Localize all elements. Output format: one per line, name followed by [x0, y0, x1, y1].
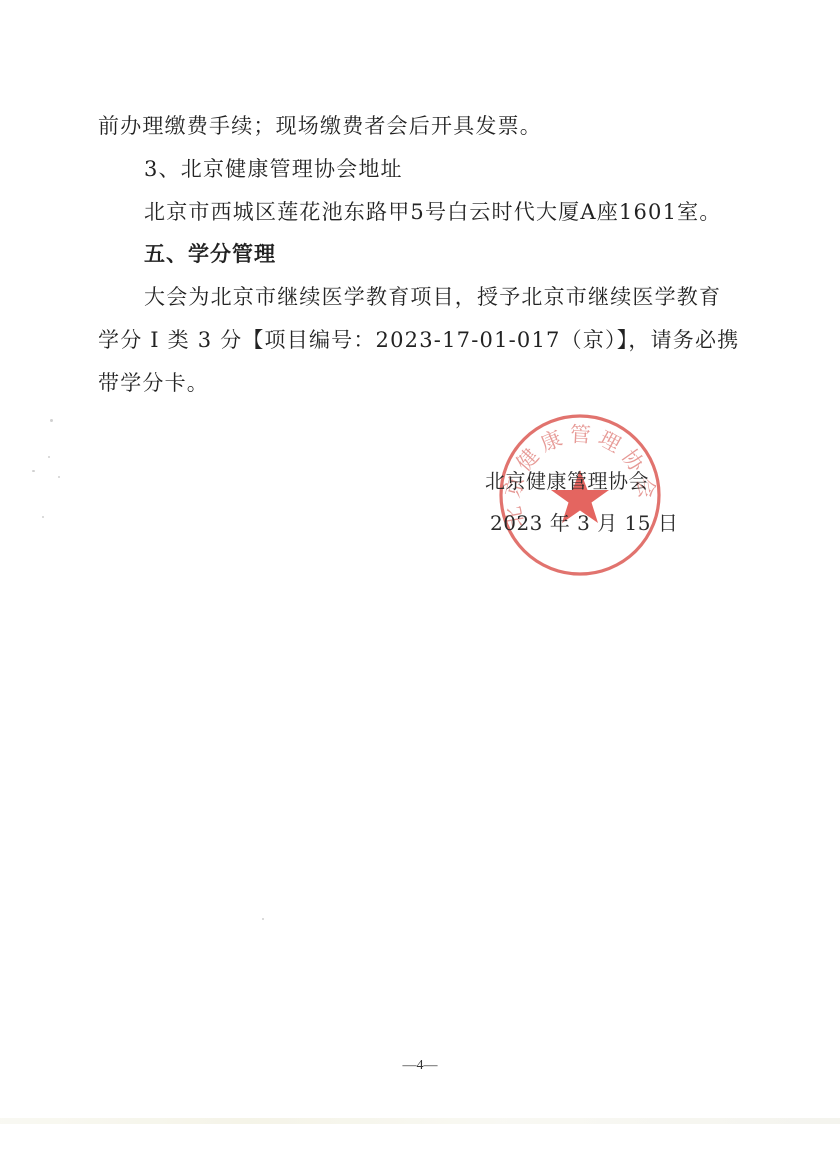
- paragraph-payment: 前办理缴费手续；现场缴费者会后开具发票。: [98, 112, 542, 140]
- paragraph-address-heading: 3、北京健康管理协会地址: [144, 155, 403, 183]
- section-heading-credits: 五、学分管理: [144, 240, 276, 268]
- paragraph-credits-line-1: 大会为北京市继续医学教育项目，授予北京市继续医学教育: [144, 283, 721, 311]
- signature-organization: 北京健康管理协会: [485, 467, 649, 495]
- official-seal-stamp: 北京健康管理协会: [497, 412, 663, 578]
- paragraph-credits-line-3: 带学分卡。: [98, 369, 209, 397]
- scan-speck: [32, 470, 35, 472]
- scan-speck: [42, 516, 44, 518]
- scan-speck: [48, 456, 50, 458]
- paragraph-credits-line-2: 学分 I 类 3 分【项目编号：2023-17-01-017（京）】，请务必携: [98, 326, 739, 354]
- scan-speck: [50, 419, 53, 422]
- scan-edge-band: [0, 1118, 840, 1124]
- document-page: 前办理缴费手续；现场缴费者会后开具发票。 3、北京健康管理协会地址 北京市西城区…: [0, 0, 840, 1155]
- paragraph-address: 北京市西城区莲花池东路甲5号白云时代大厦A座1601室。: [144, 198, 722, 226]
- scan-speck: [262, 918, 264, 920]
- page-number: —4—: [395, 1058, 445, 1074]
- signature-date: 2023 年 3 月 15 日: [490, 509, 678, 537]
- scan-speck: [58, 476, 60, 478]
